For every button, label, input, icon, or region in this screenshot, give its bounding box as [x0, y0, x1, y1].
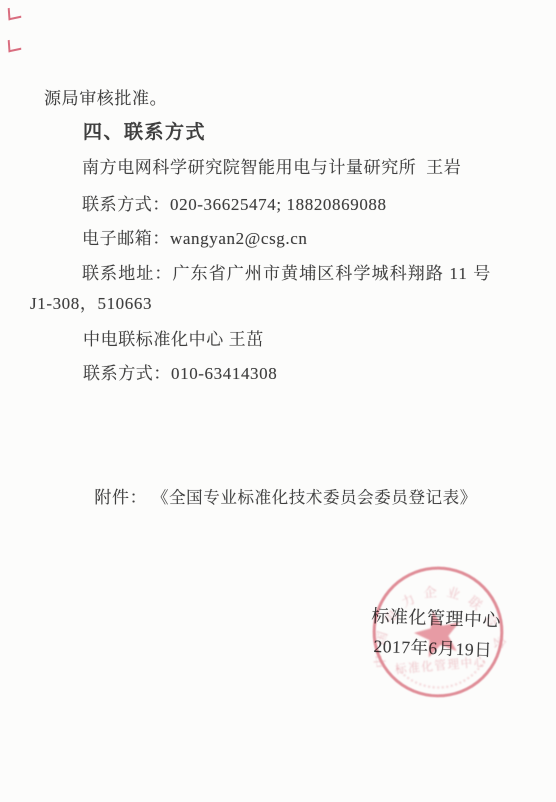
contact-email-line: 电子邮箱：wangyan2@csg.cn [82, 224, 307, 249]
official-seal: 中国电力企业联合会 标准化管理中心 [356, 550, 521, 715]
body-line-trailing: 源局审核批准。 [44, 84, 167, 109]
star-icon [410, 606, 465, 659]
seal-center-text: 标准化管理中心 [394, 654, 487, 676]
contact-org-line: 南方电网科学研究院智能用电与计量研究所 王岩 [82, 153, 461, 178]
contact-address-line: 联系地址：广东省广州市黄埔区科学城科翔路 11 号 [82, 259, 491, 284]
attachment-title: 《全国专业标准化技术委员会委员登记表》 [160, 488, 477, 507]
red-scan-mark-icon [8, 6, 22, 21]
contact-org-line: 中电联标准化中心 王茁 [83, 325, 264, 350]
document-page: 源局审核批准。 四、联系方式 南方电网科学研究院智能用电与计量研究所 王岩 联系… [0, 0, 556, 802]
attachment-line: 附件：《全国专业标准化技术委员会委员登记表》 [75, 463, 477, 528]
section-heading: 四、联系方式 [83, 117, 206, 144]
contact-phone-line: 联系方式：010-63414308 [83, 359, 277, 384]
red-scan-mark-icon [8, 38, 22, 53]
contact-phone-line: 联系方式：020-36625474; 18820869088 [82, 190, 387, 215]
attachment-label: 附件： [94, 488, 147, 507]
address-continuation-line: J1-308，510663 [30, 289, 152, 314]
